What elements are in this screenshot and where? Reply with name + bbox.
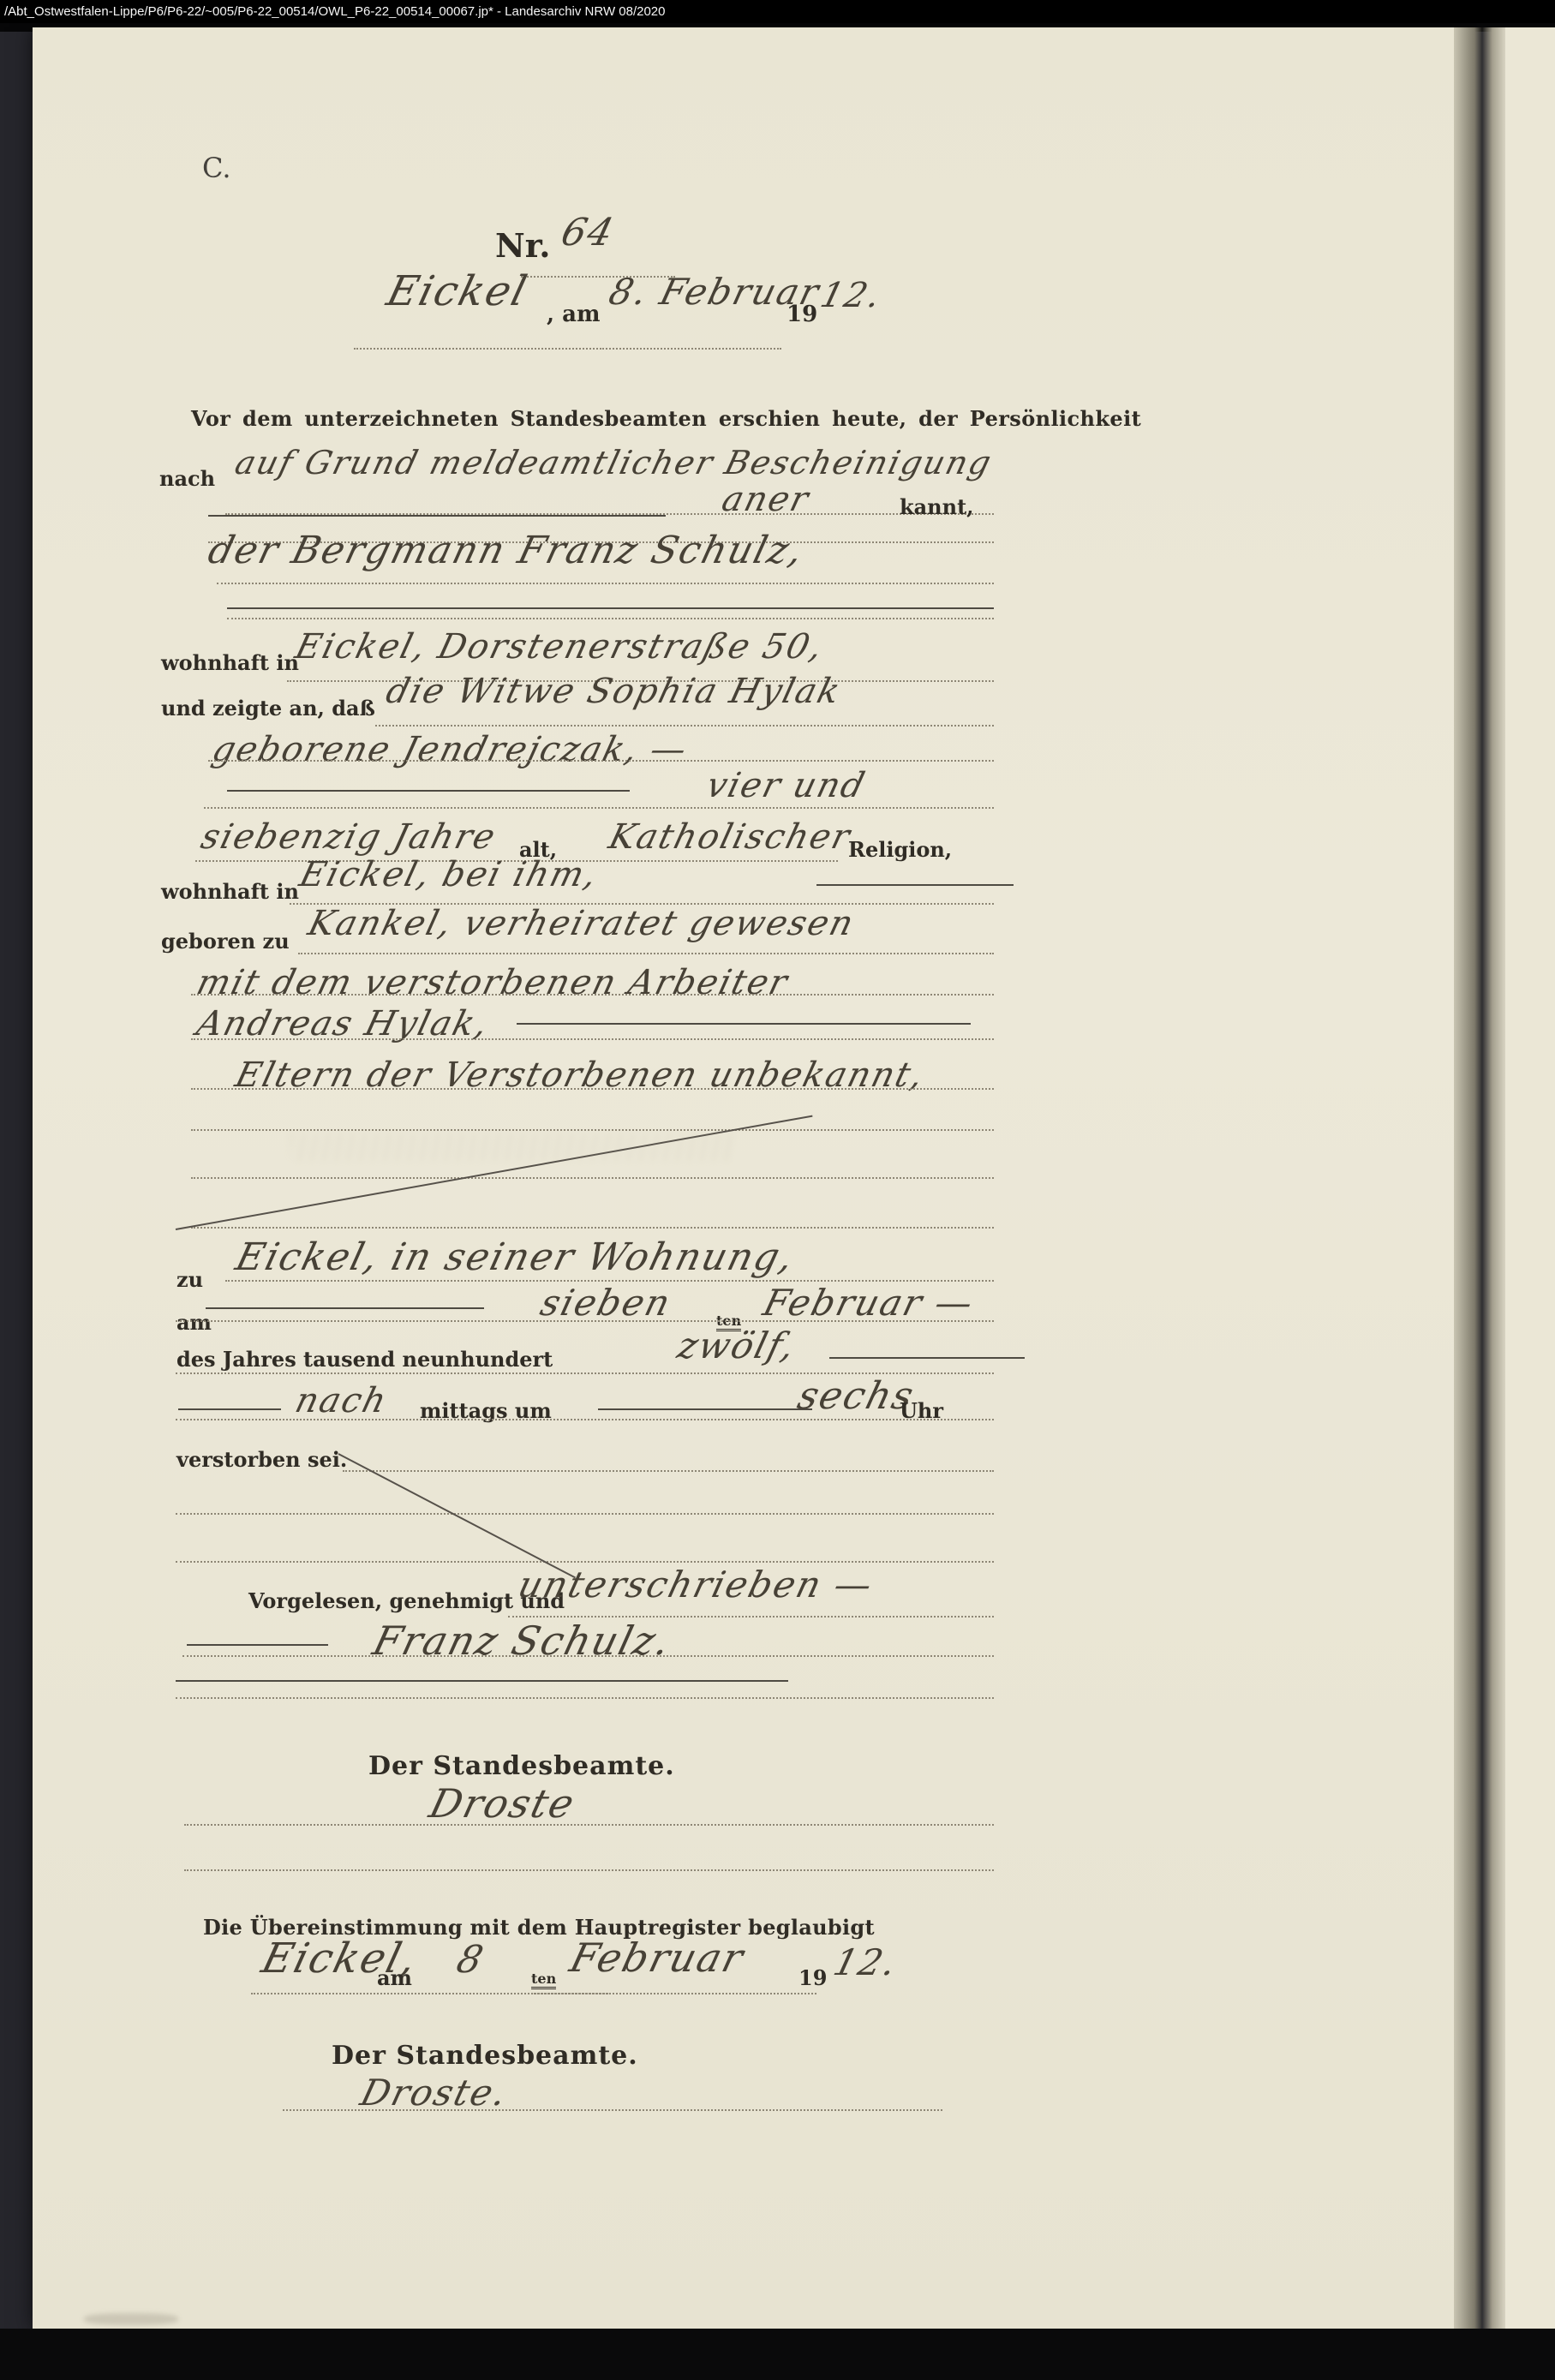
corner-letter: C. [202, 152, 231, 184]
registrar-signature: Droste [425, 1780, 580, 1827]
death-place-label: zu [176, 1267, 203, 1292]
registrar-heading: Der Standesbeamte. [368, 1751, 675, 1781]
registrar-heading-2: Der Standesbeamte. [332, 2041, 638, 2071]
dotted-line [534, 1993, 816, 1994]
declarant-name-written: der Bergmann Franz Schulz, [204, 529, 809, 572]
rule-line [227, 607, 994, 609]
file-path-text: /Abt_Ostwestfalen-Lippe/P6/P6-22/~005/P6… [4, 4, 666, 19]
rule-line [598, 1408, 812, 1410]
spouse-written-line1: mit dem verstorbenen Arbeiter [193, 963, 792, 1002]
death-place-written: Eickel, in seiner Wohnung, [231, 1235, 799, 1279]
viewer-title-bar: /Abt_Ostwestfalen-Lippe/P6/P6-22/~005/P6… [0, 0, 1555, 23]
dotted-line [343, 1470, 994, 1472]
faint-pencil-mark [84, 2313, 178, 2325]
facing-page-edge [1505, 27, 1555, 2329]
dotted-line [191, 1038, 994, 1040]
age-written-part2: siebenzig Jahre [197, 817, 500, 857]
rule-line [208, 515, 666, 517]
death-year-label: des Jahres tausend neunhundert [176, 1347, 553, 1372]
rule-line [517, 1023, 971, 1025]
dotted-line [600, 348, 781, 350]
certification-day-written: 8 [452, 1938, 489, 1982]
background-bottom [0, 2329, 1555, 2380]
declarant-residence-written: Eickel, Dorstenerstraße 50, [291, 627, 828, 667]
dotted-line [191, 1227, 994, 1229]
am-label: , am [547, 302, 600, 327]
certification-am-label: am [377, 1965, 412, 1990]
age-written-part1: vier und [703, 766, 870, 805]
dotted-line [354, 348, 598, 350]
dotted-line [176, 1320, 994, 1322]
record-number-value: 64 [557, 211, 619, 254]
rule-line [178, 1408, 281, 1410]
dotted-line [184, 1824, 994, 1826]
dotted-line [283, 2109, 942, 2111]
death-closing-label: verstorben sei. [176, 1447, 347, 1472]
religion-label: Religion, [848, 837, 952, 862]
deceased-residence-label: wohnhaft in [161, 879, 299, 904]
death-day-written: sieben [536, 1282, 676, 1324]
dotted-line [182, 1655, 994, 1657]
birthplace-label: geboren zu [161, 929, 290, 954]
anerkannt-written-part: aner [718, 480, 814, 519]
year-written: 12. [816, 276, 886, 315]
dotted-line [176, 1561, 994, 1563]
death-time-prefix-written: nach [291, 1381, 392, 1420]
dotted-line [204, 807, 994, 809]
registrar-signature-2: Droste. [356, 2072, 512, 2114]
rule-line [816, 884, 1014, 886]
bleedthrough-ghost [290, 1133, 735, 1162]
dotted-line [217, 583, 994, 584]
maiden-name-written: geborene Jendrejczak, — [208, 730, 692, 769]
residence-label: wohnhaft in [161, 650, 299, 675]
record-number-label: Nr. [495, 226, 551, 265]
rule-line [187, 1644, 328, 1646]
intro-nach-label: nach [159, 466, 215, 491]
deceased-residence-written: Eickel, bei ihm, [296, 855, 602, 894]
death-day-label: am [176, 1310, 212, 1335]
year-printed: 19 [786, 302, 817, 327]
dotted-line [191, 1129, 994, 1131]
cancellation-stroke [338, 1453, 576, 1578]
book-gutter-shadow [1454, 27, 1505, 2329]
dotted-line [176, 1419, 994, 1420]
dotted-line [191, 1088, 994, 1090]
birthplace-written: Kankel, verheiratet gewesen [304, 904, 858, 943]
identity-basis-written: auf Grund meldeamtlicher Bescheinigung [231, 444, 996, 481]
dotted-line [227, 618, 994, 619]
rule-line [227, 790, 630, 792]
certification-month-written: Februar [565, 1934, 750, 1981]
archive-viewer-screen: /Abt_Ostwestfalen-Lippe/P6/P6-22/~005/P6… [0, 0, 1555, 2380]
anerkannt-printed-part: kannt, [900, 494, 974, 519]
death-month-written: Februar — [759, 1282, 978, 1324]
rule-line [176, 1680, 788, 1682]
intro-line1: Vor dem unterzeichneten Standesbeamten e… [191, 406, 1141, 431]
dotted-line [176, 1697, 994, 1699]
dotted-line [191, 994, 994, 996]
dotted-line [176, 1513, 994, 1515]
dotted-line [208, 760, 994, 762]
religion-written: Katholischer [605, 817, 855, 857]
place-written: Eickel [382, 267, 533, 315]
rule-line [829, 1357, 1025, 1359]
death-year-written: zwölf, [673, 1325, 800, 1366]
dotted-line [298, 953, 994, 954]
attestation-written: unterschrieben — [514, 1564, 878, 1606]
certification-year-printed: 19 [798, 1965, 827, 1990]
register-page-scan: C. Nr. 64 Eickel , am 8. Februar 19 12. … [33, 27, 1454, 2329]
dotted-line [184, 1869, 994, 1871]
dotted-line [191, 1177, 994, 1179]
announce-label: und zeigte an, daß [161, 696, 375, 721]
dotted-line [375, 725, 994, 727]
certification-year-written: 12. [829, 1941, 902, 1983]
rule-line [206, 1307, 484, 1309]
ordinal-suffix: ten [531, 1970, 556, 1989]
deceased-name-written: die Witwe Sophia Hylak [382, 672, 846, 711]
